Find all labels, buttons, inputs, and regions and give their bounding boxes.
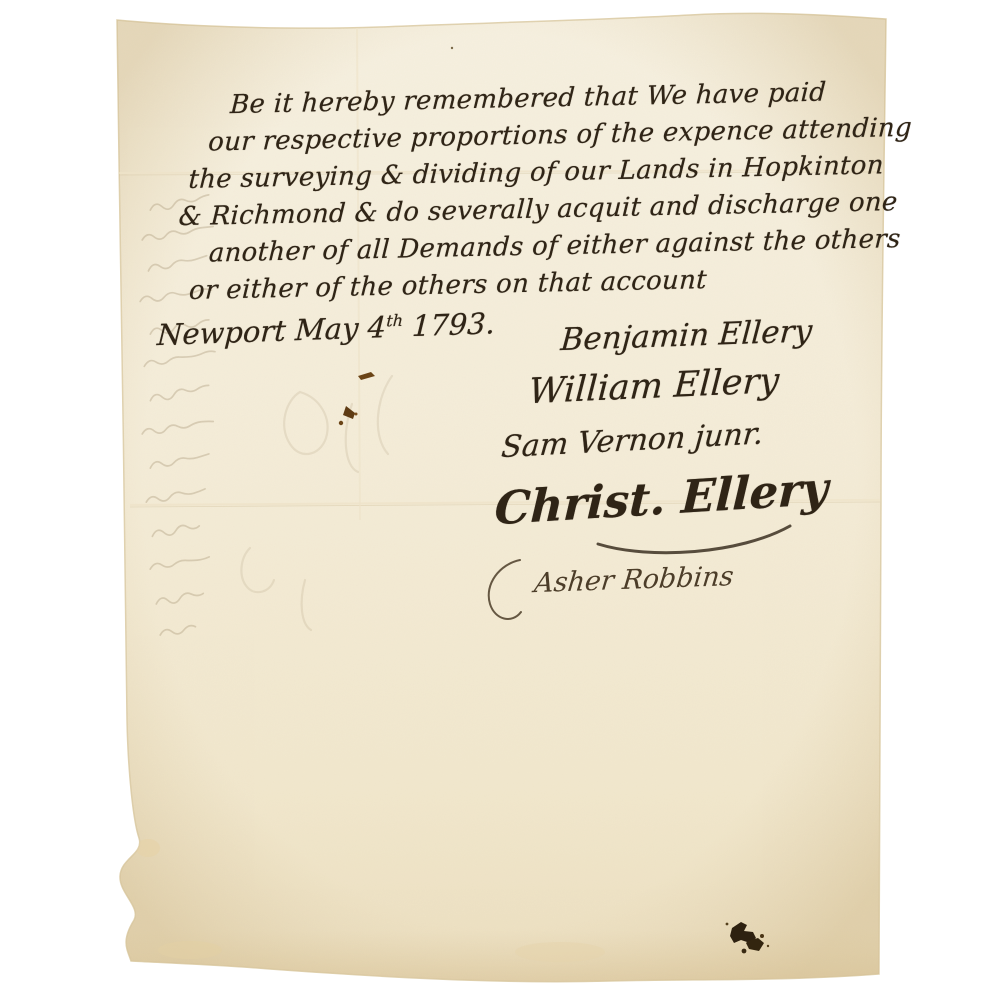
body-text-block: Be it hereby remembered that We have pai… (174, 73, 914, 311)
photograph-background: Be it hereby remembered that We have pai… (0, 0, 1000, 1000)
dateline-ordinal: th (386, 311, 404, 331)
dateline-year: 1793. (402, 306, 496, 343)
